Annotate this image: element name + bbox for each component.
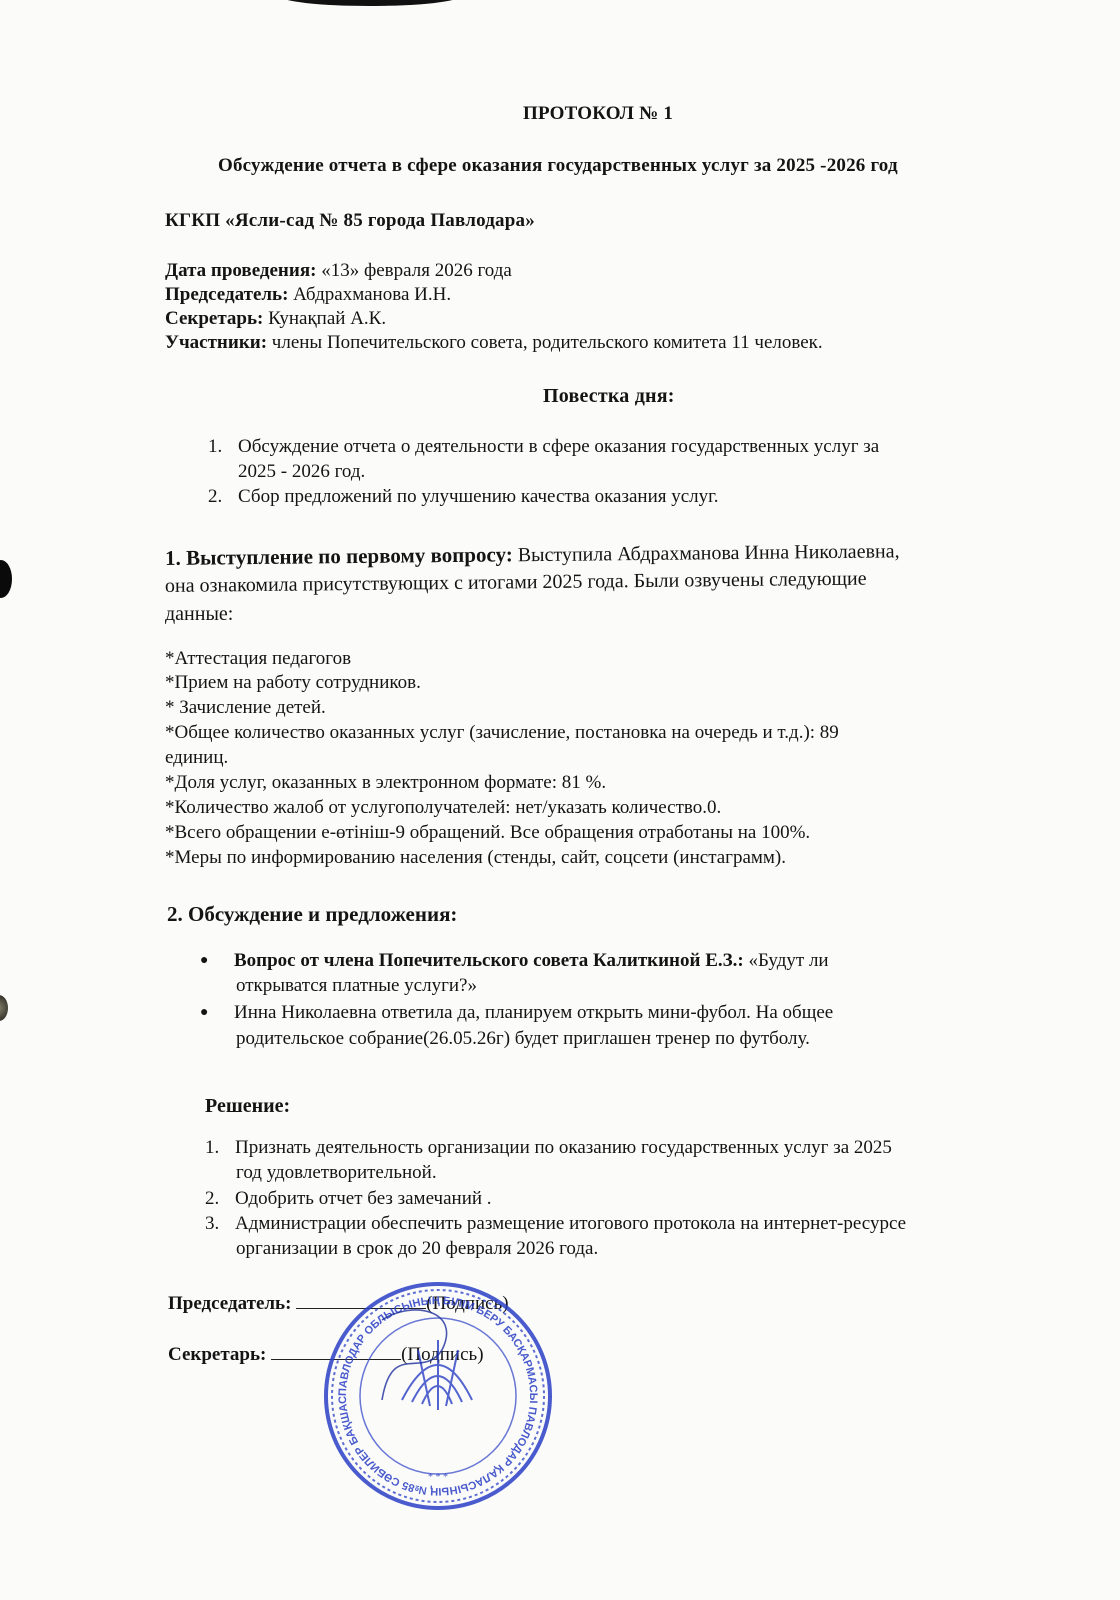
decision-item-cont: год удовлетворительной. [236,1162,437,1184]
meta-participants: Участники: члены Попечительского совета,… [165,332,823,354]
bullet-icon: ● [200,1005,234,1021]
agenda-heading: Повестка дня: [543,385,675,408]
fact-item: *Доля услуг, оказанных в электронном фор… [165,772,606,794]
section1-text: данные: [165,603,233,626]
agenda-item-1: 1.Обсуждение отчета о деятельности в сфе… [208,436,879,458]
fact-item: *Количество жалоб от услугополучателей: … [165,797,721,819]
section1-text: она ознакомила присутствующих с итогами … [165,568,867,598]
fact-item: *Прием на работу сотрудников. [165,672,421,694]
meta-secretary-label: Секретарь: [165,308,263,329]
binder-clip-shadow [280,0,460,6]
meta-participants-value: члены Попечительского совета, родительск… [267,332,823,353]
discussion-bullet: ●Вопрос от члена Попечительского совета … [200,950,829,972]
meta-secretary-value: Кунақпай А.К. [263,308,386,329]
fact-item: * Зачисление детей. [165,697,326,719]
decision-item: 2.Одобрить отчет без замечаний . [205,1188,492,1210]
fact-item: *Общее количество оказанных услуг (зачис… [165,722,839,744]
document-subtitle: Обсуждение отчета в сфере оказания госуд… [218,155,898,177]
bullet-icon: ● [200,953,234,969]
meta-chair: Председатель: Абдрахманова И.Н. [165,284,451,306]
fact-item: *Всего обращении е-өтініш-9 обращений. В… [165,822,810,844]
official-stamp-icon: ПАВЛОДАР ОБЛЫСЫНЫҢ БІЛІМ БЕРУ БАСҚАРМАСЫ… [322,1280,554,1512]
meta-participants-label: Участники: [165,332,267,353]
svg-text:* * *: * * * [428,1472,448,1483]
agenda-item-2: 2.Сбор предложений по улучшению качества… [208,486,719,508]
fact-item: единиц. [165,747,228,769]
discussion-bullet-cont: открыватся платные услуги?» [236,975,477,997]
document-page: ПРОТОКОЛ № 1 Обсуждение отчета в сфере о… [0,0,1120,1600]
discussion-bullet: ●Инна Николаевна ответила да, планируем … [200,1002,833,1024]
decision-item: 1.Признать деятельность организации по о… [205,1137,892,1159]
section1-heading: 1. Выступление по первому вопросу: [165,542,513,570]
meta-chair-label: Председатель: [165,284,288,305]
document-title: ПРОТОКОЛ № 1 [523,103,673,125]
section2-heading: 2. Обсуждение и предложения: [167,902,457,927]
decision-item: 3.Администрации обеспечить размещение ит… [205,1213,906,1235]
meta-date-value: «13» февраля 2026 года [316,260,511,281]
organization-name: КГКП «Ясли-сад № 85 города Павлодара» [165,210,535,232]
fact-item: *Меры по информированию населения (стенд… [165,847,786,869]
decision-item-cont: организации в срок до 20 февраля 2026 го… [236,1238,598,1260]
section1-intro: 1. Выступление по первому вопросу: Высту… [165,538,900,571]
meta-chair-value: Абдрахманова И.Н. [288,284,451,305]
decision-heading: Решение: [205,1095,290,1118]
meta-date-label: Дата проведения: [165,260,316,281]
discussion-bullet-cont: родительское собрание(26.05.26г) будет п… [236,1028,810,1050]
meta-date: Дата проведения: «13» февраля 2026 года [165,260,512,282]
fact-item: *Аттестация педагогов [165,648,351,670]
punch-hole [0,560,12,598]
meta-secretary: Секретарь: Кунақпай А.К. [165,308,386,330]
agenda-item-1-cont: 2025 - 2026 год. [238,461,365,483]
punch-hole [0,995,8,1021]
